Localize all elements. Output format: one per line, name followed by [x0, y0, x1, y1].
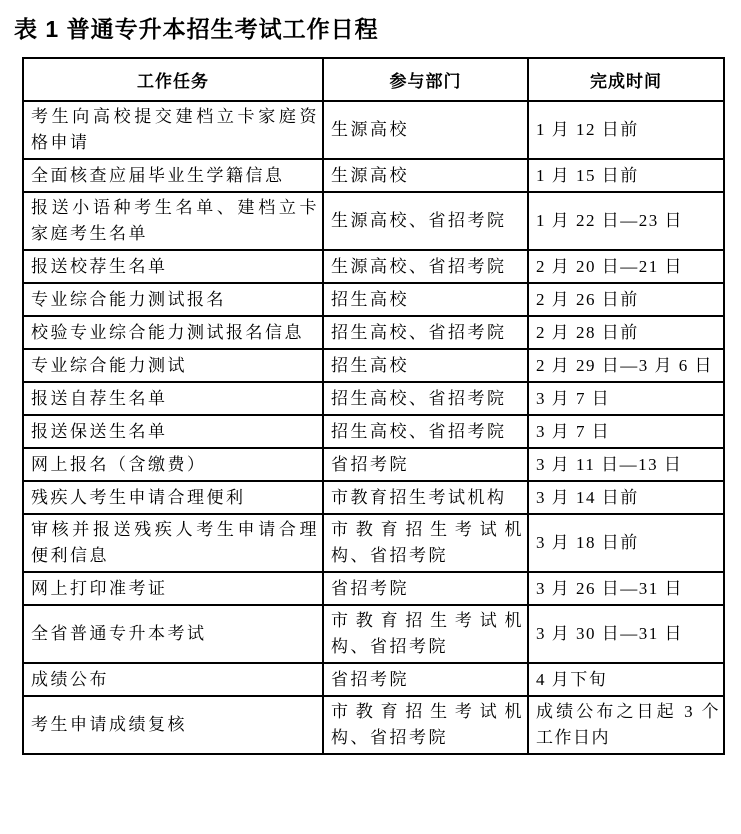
time-cell: 1 月 15 日前	[528, 159, 724, 192]
dept-cell: 生源高校、省招考院	[323, 250, 528, 283]
time-cell: 3 月 7 日	[528, 415, 724, 448]
time-cell: 2 月 26 日前	[528, 283, 724, 316]
time-cell: 3 月 14 日前	[528, 481, 724, 514]
time-cell: 成绩公布之日起 3 个工作日内	[528, 696, 724, 754]
table-row: 报送保送生名单 招生高校、省招考院 3 月 7 日	[23, 415, 724, 448]
schedule-table: 工作任务 参与部门 完成时间 考生向高校提交建档立卡家庭资格申请 生源高校 1 …	[22, 57, 725, 755]
table-row: 报送自荐生名单 招生高校、省招考院 3 月 7 日	[23, 382, 724, 415]
table-row: 校验专业综合能力测试报名信息 招生高校、省招考院 2 月 28 日前	[23, 316, 724, 349]
task-cell: 报送保送生名单	[23, 415, 323, 448]
time-cell: 2 月 28 日前	[528, 316, 724, 349]
table-row: 专业综合能力测试报名 招生高校 2 月 26 日前	[23, 283, 724, 316]
time-cell: 1 月 12 日前	[528, 101, 724, 159]
task-cell: 网上报名（含缴费）	[23, 448, 323, 481]
time-cell: 3 月 11 日—13 日	[528, 448, 724, 481]
table-row: 成绩公布 省招考院 4 月下旬	[23, 663, 724, 696]
table-row: 考生向高校提交建档立卡家庭资格申请 生源高校 1 月 12 日前	[23, 101, 724, 159]
table-row: 报送小语种考生名单、建档立卡家庭考生名单 生源高校、省招考院 1 月 22 日—…	[23, 192, 724, 250]
dept-cell: 生源高校、省招考院	[323, 192, 528, 250]
dept-cell: 省招考院	[323, 663, 528, 696]
task-cell: 网上打印准考证	[23, 572, 323, 605]
task-cell: 专业综合能力测试报名	[23, 283, 323, 316]
task-cell: 专业综合能力测试	[23, 349, 323, 382]
task-cell: 报送小语种考生名单、建档立卡家庭考生名单	[23, 192, 323, 250]
dept-cell: 市教育招生考试机构、省招考院	[323, 514, 528, 572]
col-header-dept: 参与部门	[323, 58, 528, 101]
col-header-time: 完成时间	[528, 58, 724, 101]
page-title: 表 1 普通专升本招生考试工作日程	[14, 14, 723, 44]
dept-cell: 生源高校	[323, 159, 528, 192]
schedule-table-header: 工作任务 参与部门 完成时间	[23, 58, 724, 101]
dept-cell: 市教育招生考试机构、省招考院	[323, 696, 528, 754]
document-page: 表 1 普通专升本招生考试工作日程 工作任务 参与部门 完成时间 考生向高校提交…	[0, 0, 741, 834]
table-row: 审核并报送残疾人考生申请合理便利信息 市教育招生考试机构、省招考院 3 月 18…	[23, 514, 724, 572]
table-row: 网上打印准考证 省招考院 3 月 26 日—31 日	[23, 572, 724, 605]
dept-cell: 招生高校、省招考院	[323, 382, 528, 415]
dept-cell: 招生高校	[323, 283, 528, 316]
time-cell: 2 月 29 日—3 月 6 日	[528, 349, 724, 382]
header-row: 工作任务 参与部门 完成时间	[23, 58, 724, 101]
table-row: 报送校荐生名单 生源高校、省招考院 2 月 20 日—21 日	[23, 250, 724, 283]
task-cell: 校验专业综合能力测试报名信息	[23, 316, 323, 349]
table-row: 网上报名（含缴费） 省招考院 3 月 11 日—13 日	[23, 448, 724, 481]
dept-cell: 市教育招生考试机构、省招考院	[323, 605, 528, 663]
schedule-table-body: 考生向高校提交建档立卡家庭资格申请 生源高校 1 月 12 日前 全面核查应届毕…	[23, 101, 724, 754]
time-cell: 2 月 20 日—21 日	[528, 250, 724, 283]
time-cell: 3 月 18 日前	[528, 514, 724, 572]
task-cell: 报送自荐生名单	[23, 382, 323, 415]
task-cell: 报送校荐生名单	[23, 250, 323, 283]
task-cell: 成绩公布	[23, 663, 323, 696]
dept-cell: 招生高校	[323, 349, 528, 382]
task-cell: 全面核查应届毕业生学籍信息	[23, 159, 323, 192]
dept-cell: 招生高校、省招考院	[323, 415, 528, 448]
table-row: 全面核查应届毕业生学籍信息 生源高校 1 月 15 日前	[23, 159, 724, 192]
dept-cell: 省招考院	[323, 448, 528, 481]
time-cell: 3 月 30 日—31 日	[528, 605, 724, 663]
table-row: 专业综合能力测试 招生高校 2 月 29 日—3 月 6 日	[23, 349, 724, 382]
table-row: 考生申请成绩复核 市教育招生考试机构、省招考院 成绩公布之日起 3 个工作日内	[23, 696, 724, 754]
dept-cell: 省招考院	[323, 572, 528, 605]
time-cell: 1 月 22 日—23 日	[528, 192, 724, 250]
time-cell: 4 月下旬	[528, 663, 724, 696]
dept-cell: 市教育招生考试机构	[323, 481, 528, 514]
task-cell: 残疾人考生申请合理便利	[23, 481, 323, 514]
task-cell: 考生申请成绩复核	[23, 696, 323, 754]
table-row: 残疾人考生申请合理便利 市教育招生考试机构 3 月 14 日前	[23, 481, 724, 514]
task-cell: 审核并报送残疾人考生申请合理便利信息	[23, 514, 323, 572]
time-cell: 3 月 7 日	[528, 382, 724, 415]
task-cell: 全省普通专升本考试	[23, 605, 323, 663]
dept-cell: 生源高校	[323, 101, 528, 159]
table-row: 全省普通专升本考试 市教育招生考试机构、省招考院 3 月 30 日—31 日	[23, 605, 724, 663]
task-cell: 考生向高校提交建档立卡家庭资格申请	[23, 101, 323, 159]
time-cell: 3 月 26 日—31 日	[528, 572, 724, 605]
col-header-task: 工作任务	[23, 58, 323, 101]
dept-cell: 招生高校、省招考院	[323, 316, 528, 349]
